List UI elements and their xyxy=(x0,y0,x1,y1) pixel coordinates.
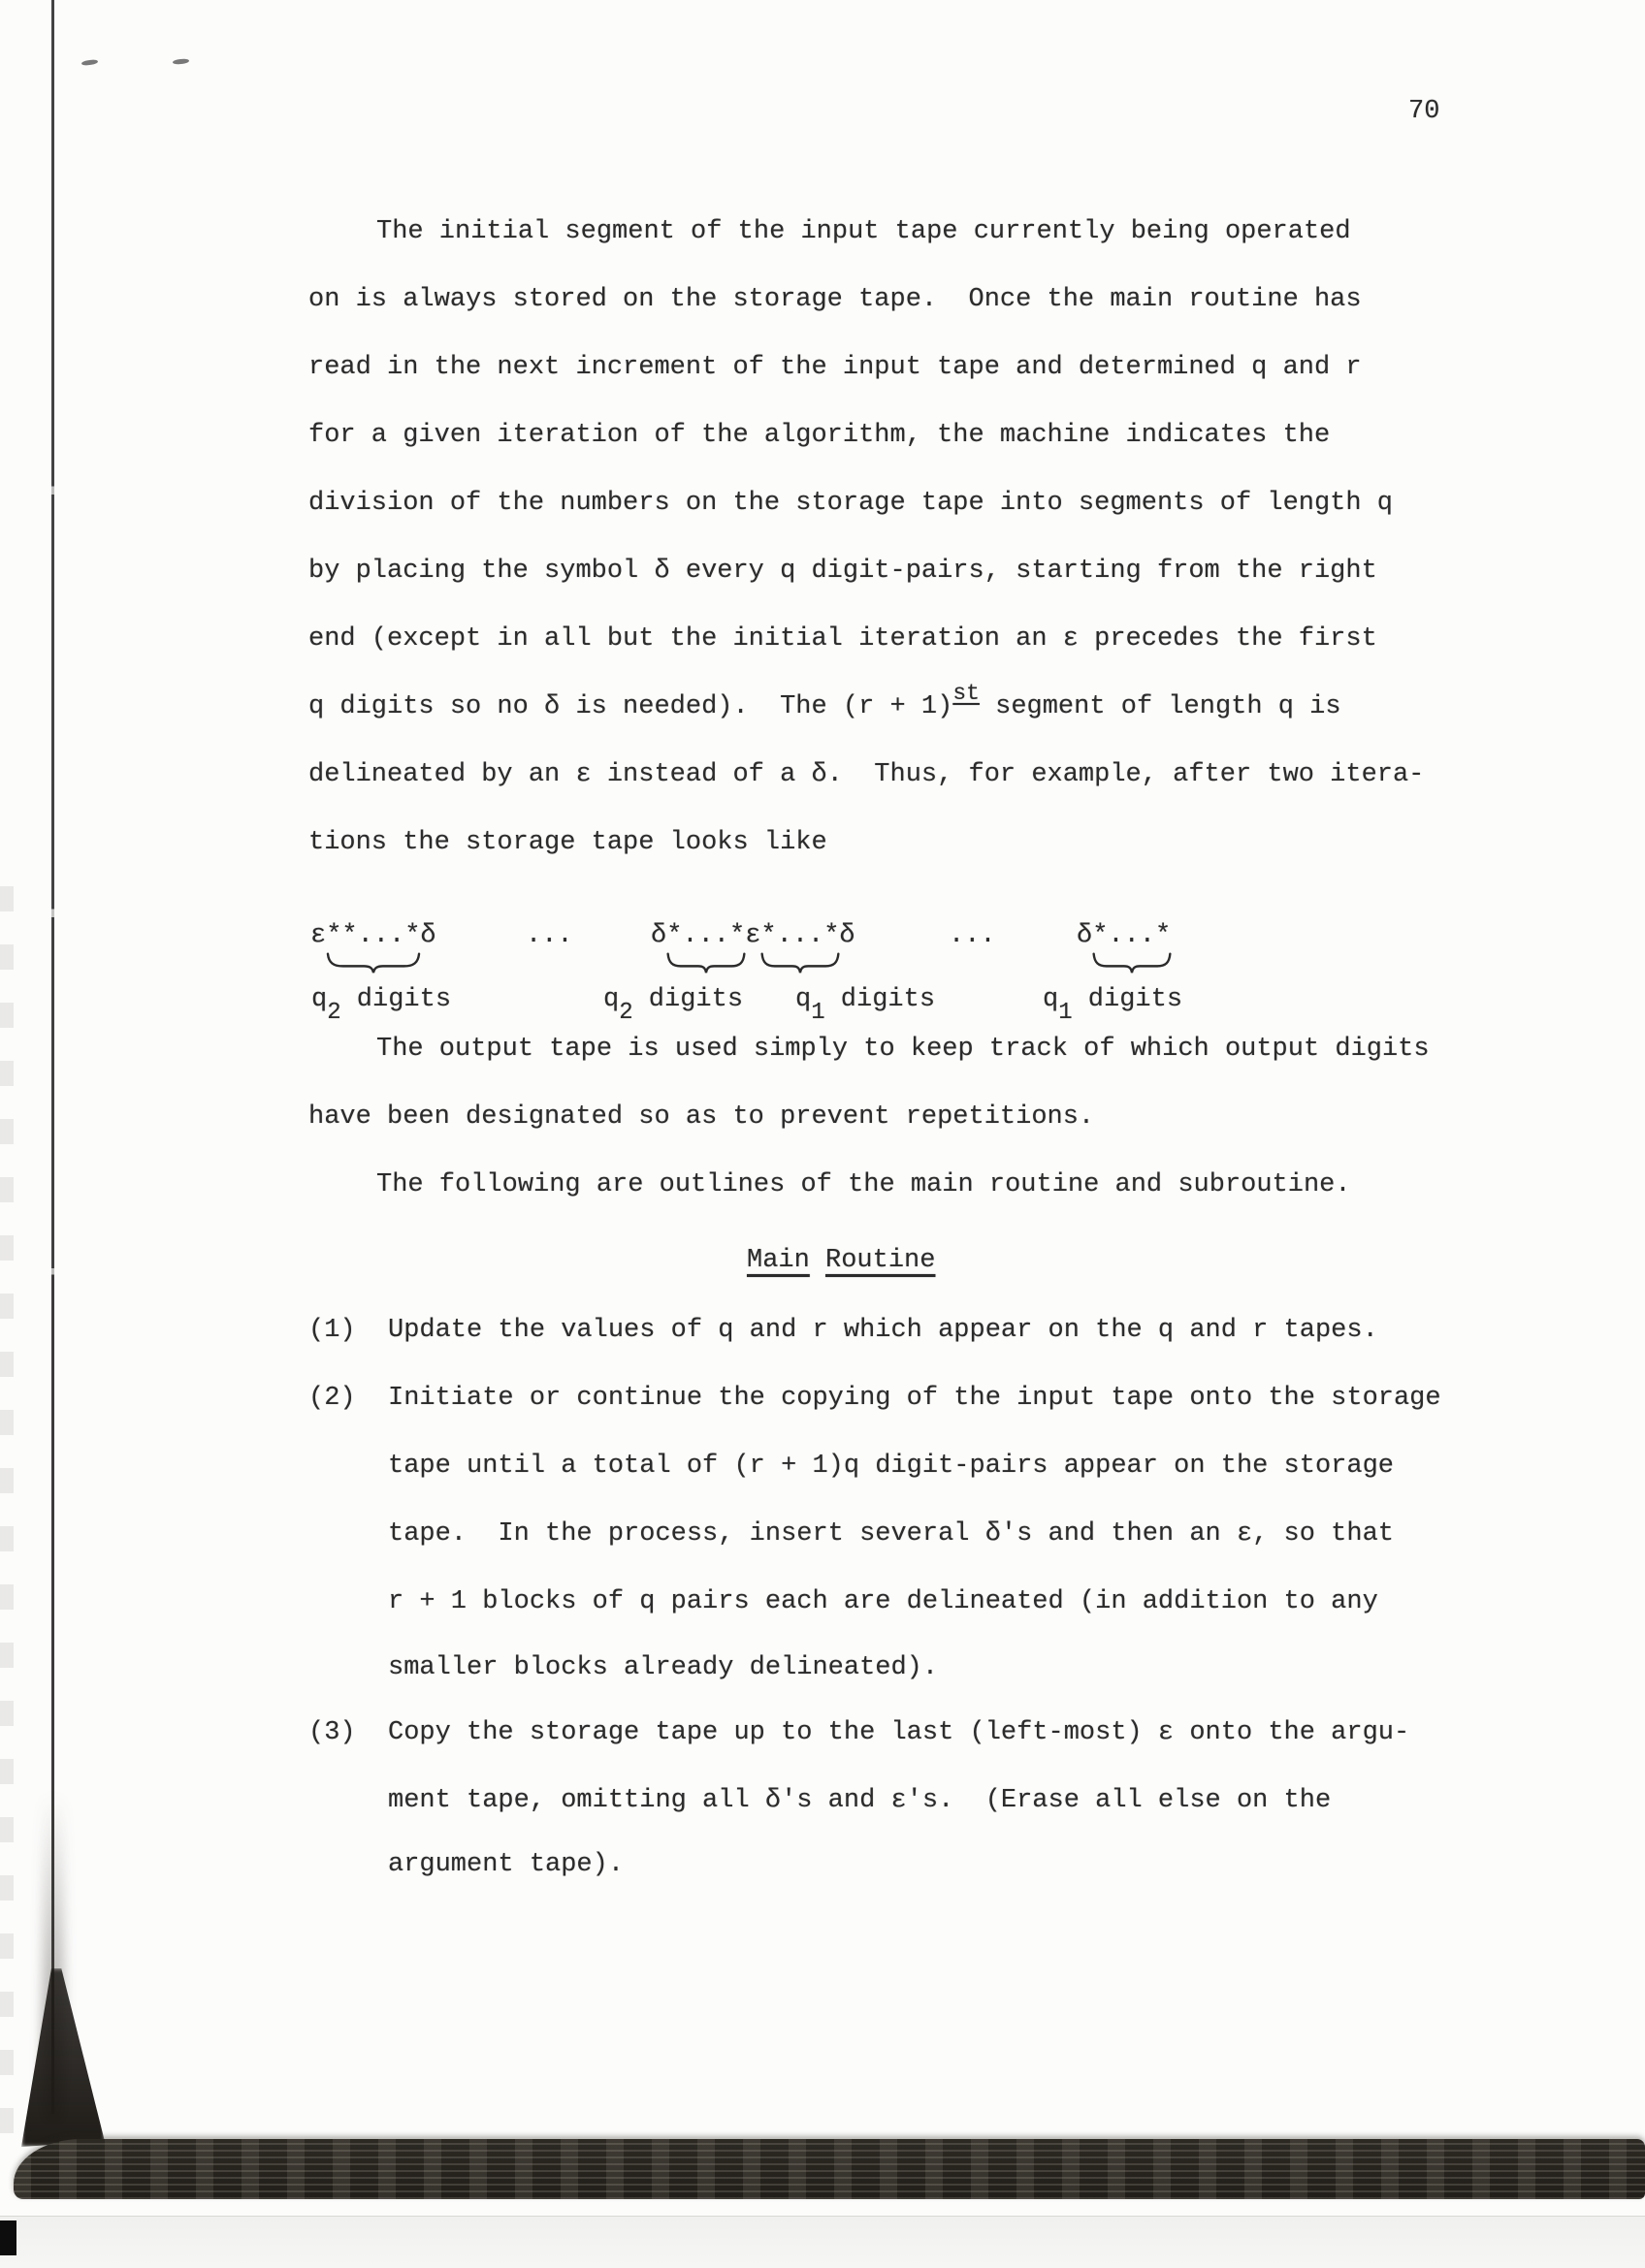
page-number: 70 xyxy=(1408,95,1439,128)
tape-expression: δ*...*ε*...*δ xyxy=(651,919,855,952)
heading-space xyxy=(810,1246,825,1275)
smudge-mark xyxy=(173,58,189,65)
line-post: segment of length q is xyxy=(980,692,1341,721)
page-curl-shadow xyxy=(21,1968,105,2147)
label-variable: q xyxy=(603,985,619,1014)
ordinal-superscript: st xyxy=(952,677,980,710)
label-subscript: 1 xyxy=(811,997,824,1030)
label-variable: q xyxy=(795,985,811,1014)
list-item-line: ment tape, omitting all δ's and ε's. (Er… xyxy=(388,1784,1331,1817)
text-line: end (except in all but the initial itera… xyxy=(308,623,1377,655)
list-item-line: argument tape). xyxy=(388,1848,624,1881)
list-item-number: (1) xyxy=(308,1314,356,1347)
underbrace xyxy=(326,952,421,974)
list-item-line: Copy the storage tape up to the last (le… xyxy=(388,1716,1409,1749)
text-line: division of the numbers on the storage t… xyxy=(308,487,1393,520)
tape-expression: δ*...* xyxy=(1077,919,1171,952)
list-item-number: (3) xyxy=(308,1716,356,1749)
text-line: The output tape is used simply to keep t… xyxy=(376,1033,1430,1066)
label-word: digits xyxy=(633,985,743,1014)
brace-label: q2 digits xyxy=(311,983,451,1017)
section-heading: Main Routine xyxy=(747,1244,935,1277)
binding-shadow-band xyxy=(14,2139,1645,2199)
list-item-line: tape. In the process, insert several δ's… xyxy=(388,1517,1394,1550)
text-line-with-superscript: q digits so no δ is needed). The (r + 1)… xyxy=(308,690,1341,723)
brace-label: q1 digits xyxy=(795,983,935,1017)
brace-label: q1 digits xyxy=(1043,983,1182,1017)
scanner-edge-black-mark xyxy=(0,2220,16,2255)
ellipsis-separator: ... xyxy=(526,919,573,952)
heading-word: Main xyxy=(747,1246,810,1275)
underbrace xyxy=(666,952,746,974)
label-word: digits xyxy=(1073,985,1182,1014)
label-subscript: 2 xyxy=(327,997,340,1030)
text-line: The initial segment of the input tape cu… xyxy=(376,215,1351,248)
line-pre: q digits so no δ is needed). The (r + 1) xyxy=(308,692,952,721)
list-item-number: (2) xyxy=(308,1382,356,1415)
text-line: tions the storage tape looks like xyxy=(308,826,827,859)
label-subscript: 1 xyxy=(1058,997,1072,1030)
ellipsis-separator: ... xyxy=(949,919,996,952)
underbrace xyxy=(760,952,840,974)
scanner-bed-strip xyxy=(0,2216,1645,2268)
label-subscript: 2 xyxy=(619,997,632,1030)
list-item-line: smaller blocks already delineated). xyxy=(388,1651,938,1684)
brace-label: q2 digits xyxy=(603,983,743,1017)
text-line: have been designated so as to prevent re… xyxy=(308,1101,1094,1134)
label-variable: q xyxy=(311,985,327,1014)
list-item-line: Initiate or continue the copying of the … xyxy=(388,1382,1441,1415)
label-word: digits xyxy=(341,985,451,1014)
label-variable: q xyxy=(1043,985,1058,1014)
text-line: delineated by an ε instead of a δ. Thus,… xyxy=(308,758,1424,791)
label-word: digits xyxy=(825,985,935,1014)
list-item-line: Update the values of q and r which appea… xyxy=(388,1314,1378,1347)
underbrace xyxy=(1092,952,1172,974)
smudge-mark xyxy=(81,59,99,66)
list-item-line: tape until a total of (r + 1)q digit-pai… xyxy=(388,1450,1394,1483)
text-line: for a given iteration of the algorithm, … xyxy=(308,419,1330,452)
text-line: on is always stored on the storage tape.… xyxy=(308,283,1362,316)
heading-word: Routine xyxy=(825,1246,935,1275)
tape-expression: ε**...*δ xyxy=(310,919,436,952)
text-line: read in the next increment of the input … xyxy=(308,351,1362,384)
left-edge-mottling xyxy=(0,873,14,2133)
list-item-line: r + 1 blocks of q pairs each are delinea… xyxy=(388,1585,1378,1618)
scanned-document-page: 70 The initial segment of the input tape… xyxy=(0,0,1645,2268)
text-line: by placing the symbol δ every q digit-pa… xyxy=(308,555,1377,588)
text-line: The following are outlines of the main r… xyxy=(376,1168,1351,1201)
